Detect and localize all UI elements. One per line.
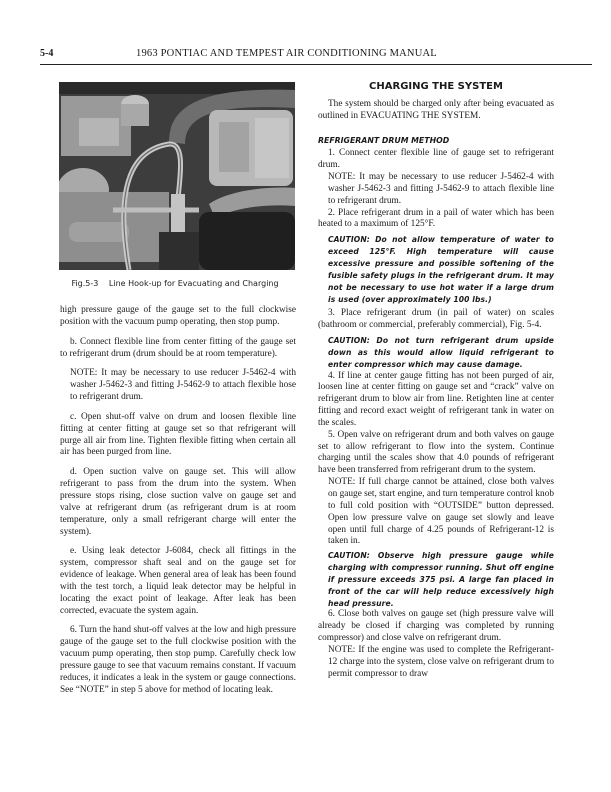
step-1: 1. Connect center flexible line of gauge… — [318, 148, 554, 172]
caution-3: CAUTION: Do not turn refrigerant drum up… — [318, 335, 554, 371]
step-6: 6. Close both valves on gauge set (high … — [318, 609, 554, 645]
running-title: 1963 PONTIAC AND TEMPEST AIR CONDITIONIN… — [136, 48, 437, 59]
figure-photo — [59, 82, 295, 270]
note-1: NOTE: It may be necessary to use reducer… — [318, 172, 554, 208]
step-5: 5. Open valve on refrigerant drum and bo… — [318, 430, 554, 477]
step-4: 4. If line at center gauge fitting has n… — [318, 371, 554, 430]
step-6: 6. Turn the hand shut-off valves at the … — [60, 625, 296, 696]
caution-5: CAUTION: Observe high pressure gauge whi… — [318, 550, 554, 609]
step-d: d. Open suction valve on gauge set. This… — [60, 467, 296, 538]
page-header: 5-4 1963 PONTIAC AND TEMPEST AIR CONDITI… — [40, 48, 592, 65]
page-number: 5-4 — [40, 48, 53, 59]
intro-paragraph: The system should be charged only after … — [318, 99, 554, 123]
subsection-title: REFRIGERANT DRUM METHOD — [318, 135, 554, 147]
right-column: CHARGING THE SYSTEM The system should be… — [318, 81, 554, 681]
engine-photo-illustration — [59, 82, 295, 270]
figure-label: Fig.5-3 — [71, 279, 98, 288]
section-title: CHARGING THE SYSTEM — [318, 81, 554, 93]
left-column: high pressure gauge of the gauge set to … — [60, 305, 296, 696]
step-e: e. Using leak detector J-6084, check all… — [60, 546, 296, 617]
note-5: NOTE: If full charge cannot be attained,… — [318, 477, 554, 548]
note-b: NOTE: It may be necessary to use reducer… — [60, 368, 296, 404]
step-c: c. Open shut-off valve on drum and loose… — [60, 412, 296, 459]
paragraph-continued: high pressure gauge of the gauge set to … — [60, 305, 296, 329]
figure-caption: Fig.5-3 Line Hook-up for Evacuating and … — [40, 279, 310, 288]
step-3: 3. Place refrigerant drum (in pail of wa… — [318, 308, 554, 332]
caution-2: CAUTION: Do not allow temperature of wat… — [318, 234, 554, 305]
figure-caption-text: Line Hook-up for Evacuating and Charging — [109, 279, 279, 288]
note-6: NOTE: If the engine was used to complete… — [318, 645, 554, 681]
step-2: 2. Place refrigerant drum in a pail of w… — [318, 208, 554, 232]
step-b: b. Connect flexible line from center fit… — [60, 337, 296, 361]
